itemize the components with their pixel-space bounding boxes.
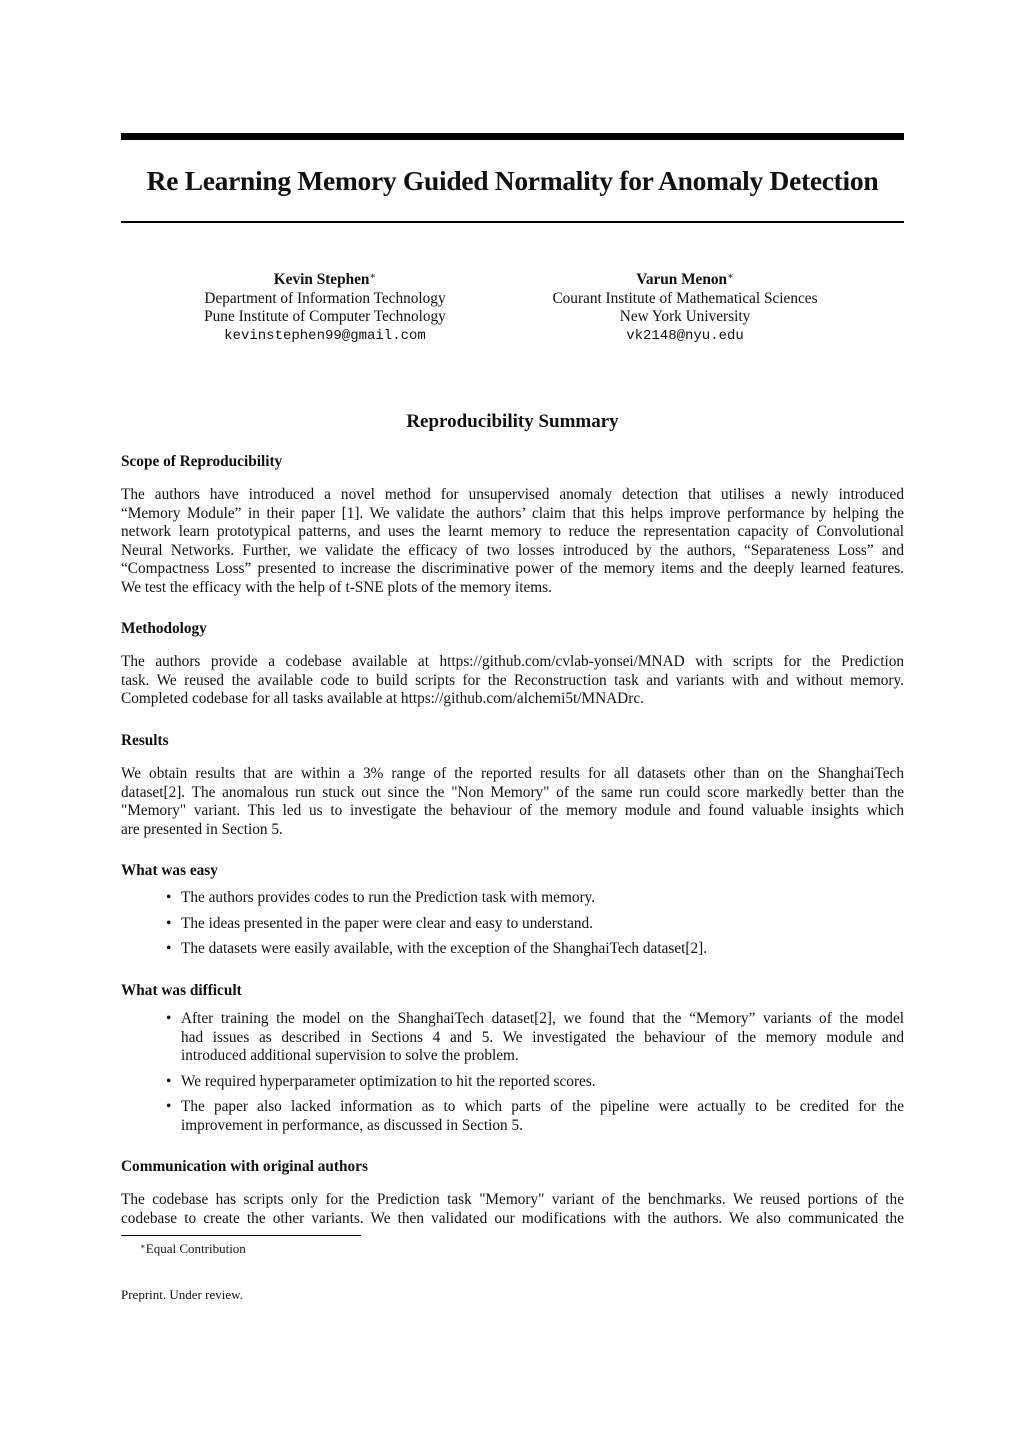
footnote-rule <box>121 1235 361 1236</box>
bullet-icon: • <box>166 1073 171 1092</box>
bullet-list-difficult: •After training the model on the Shangha… <box>121 1010 904 1143</box>
text-line: The authors provide a codebase available… <box>121 653 904 672</box>
list-item: •We required hyperparameter optimization… <box>121 1073 904 1092</box>
list-item: •The paper also lacked information as to… <box>121 1098 904 1135</box>
text-line: network learn prototypical patterns, and… <box>121 523 904 542</box>
paragraph-communication: The codebase has scripts only for the Pr… <box>121 1191 904 1228</box>
author-name: Kevin Stephen∗ <box>175 268 475 290</box>
text-line: Completed codebase for all tasks availab… <box>121 690 904 709</box>
text-line: We obtain results that are within a 3% r… <box>121 765 904 784</box>
paper-title: Re Learning Memory Guided Normality for … <box>121 163 904 199</box>
bullet-icon: • <box>166 889 171 908</box>
paragraph-methodology: The authors provide a codebase available… <box>121 653 904 709</box>
section-heading-difficult: What was difficult <box>121 982 242 1000</box>
text-line: The codebase has scripts only for the Pr… <box>121 1191 904 1210</box>
text-line: “Compactness Loss” presented to increase… <box>121 560 904 579</box>
text-line: "Memory" variant. This led us to investi… <box>121 802 904 821</box>
list-item: •The ideas presented in the paper were c… <box>121 915 904 934</box>
preprint-note: Preprint. Under review. <box>121 1287 243 1303</box>
author-email: vk2148@nyu.edu <box>520 327 850 346</box>
list-item: •The authors provides codes to run the P… <box>121 889 904 908</box>
text-line: Neural Networks. Further, we validate th… <box>121 542 904 561</box>
bullet-icon: • <box>166 1098 171 1117</box>
section-heading-results: Results <box>121 732 169 750</box>
bullet-icon: • <box>166 1010 171 1029</box>
summary-title: Reproducibility Summary <box>121 410 904 434</box>
text-line: task. We reused the available code to bu… <box>121 672 904 691</box>
title-bottom-rule <box>121 221 904 223</box>
list-item: •After training the model on the Shangha… <box>121 1010 904 1066</box>
bullet-icon: • <box>166 915 171 934</box>
text-line: We test the efficacy with the help of t-… <box>121 579 904 598</box>
title-top-rule <box>121 133 904 140</box>
text-line: The ideas presented in the paper were cl… <box>181 915 904 934</box>
author-block-1: Kevin Stephen∗ Department of Information… <box>175 268 475 345</box>
section-heading-communication: Communication with original authors <box>121 1158 368 1176</box>
text-line: The datasets were easily available, with… <box>181 940 904 959</box>
section-heading-easy: What was easy <box>121 862 218 880</box>
text-line: After training the model on the Shanghai… <box>181 1010 904 1029</box>
text-line: had issues as described in Sections 4 an… <box>181 1029 904 1048</box>
author-email: kevinstephen99@gmail.com <box>175 327 475 346</box>
author-affiliation: Pune Institute of Computer Technology <box>175 308 475 327</box>
author-block-2: Varun Menon∗ Courant Institute of Mathem… <box>520 268 850 345</box>
paragraph-results: We obtain results that are within a 3% r… <box>121 765 904 839</box>
footnote: ∗Equal Contribution <box>140 1238 246 1257</box>
bullet-list-easy: •The authors provides codes to run the P… <box>121 889 904 966</box>
text-line: codebase to create the other variants. W… <box>121 1210 904 1229</box>
section-heading-methodology: Methodology <box>121 620 207 638</box>
author-affiliation: Department of Information Technology <box>175 290 475 309</box>
list-item: •The datasets were easily available, wit… <box>121 940 904 959</box>
text-line: The authors provides codes to run the Pr… <box>181 889 904 908</box>
section-heading-scope: Scope of Reproducibility <box>121 453 282 471</box>
paragraph-scope: The authors have introduced a novel meth… <box>121 486 904 598</box>
text-line: We required hyperparameter optimization … <box>181 1073 904 1092</box>
text-line: introduced additional supervision to sol… <box>181 1047 904 1066</box>
author-affiliation: Courant Institute of Mathematical Scienc… <box>520 290 850 309</box>
author-name: Varun Menon∗ <box>520 268 850 290</box>
bullet-icon: • <box>166 940 171 959</box>
text-line: improvement in performance, as discussed… <box>181 1117 904 1136</box>
text-line: are presented in Section 5. <box>121 821 904 840</box>
text-line: The paper also lacked information as to … <box>181 1098 904 1117</box>
text-line: “Memory Module” in their paper [1]. We v… <box>121 505 904 524</box>
text-line: dataset[2]. The anomalous run stuck out … <box>121 784 904 803</box>
author-affiliation: New York University <box>520 308 850 327</box>
text-line: The authors have introduced a novel meth… <box>121 486 904 505</box>
